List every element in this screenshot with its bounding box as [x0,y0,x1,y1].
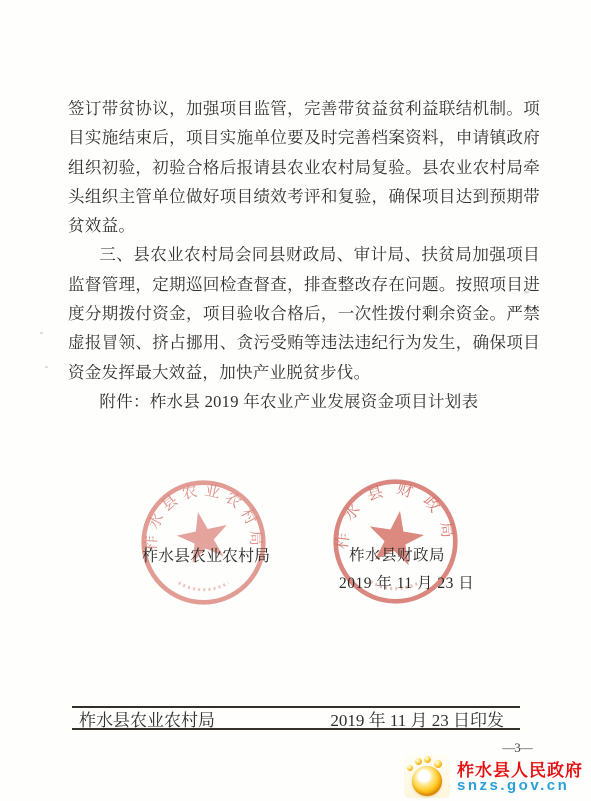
footer-issuer: 柞水县农业农村局 [79,706,215,731]
paw-pad-ring [412,766,442,796]
paw-logo-icon [404,754,450,798]
paw-toe-dot [415,758,422,765]
seal-ring-text: 柞水县财政局 [333,479,458,550]
document-body: 签订带贫协议，加强项目监管，完善带贫益贫利益联结机制。项目实施结束后，项目实施单… [68,94,540,416]
svg-text:柞水县农业农村局: 柞水县农业农村局 [142,481,266,551]
seal-serial-marks [179,583,229,590]
paw-toe-dot [424,756,431,763]
scan-speck [524,291,529,293]
scan-speck [40,332,43,334]
footer-issuer-bar: 柞水县农业农村局 2019 年 11 月 23 日印发 [72,706,520,730]
signature-date: 2019 年 11 月 23 日 [339,571,474,593]
finance-bureau-seal: 柞水县财政局 [313,459,478,624]
gov-site-url: snzs.gov.cn [457,777,569,794]
document-page: 签订带贫协议，加强项目监管，完善带贫益贫利益联结机制。项目实施结束后，项目实施单… [0,0,591,801]
body-paragraph-section-3: 三、县农业农村局会同县财政局、审计局、扶贫局加强项目监督管理，定期巡回检查督查，… [68,240,540,386]
signature-finance-bureau: 柞水县财政局 [349,543,445,565]
attachment-line: 附件：柞水县 2019 年农业产业发展资金项目计划表 [68,387,540,416]
scan-speck [45,366,48,368]
footer-print-date: 2019 年 11 月 23 日印发 [330,706,504,731]
body-paragraph-continuation: 签订带贫协议，加强项目监管，完善带贫益贫利益联结机制。项目实施结束后，项目实施单… [68,94,540,240]
paw-toe-dot [434,760,442,768]
paw-toe-dot [407,765,413,771]
signature-agriculture-bureau: 柞水县农业农村局 [142,543,270,566]
svg-text:柞水县财政局: 柞水县财政局 [333,479,458,550]
gov-site-watermark: 柞水县人民政府 snzs.gov.cn [402,753,587,799]
seal-ring-text: 柞水县农业农村局 [142,481,266,551]
